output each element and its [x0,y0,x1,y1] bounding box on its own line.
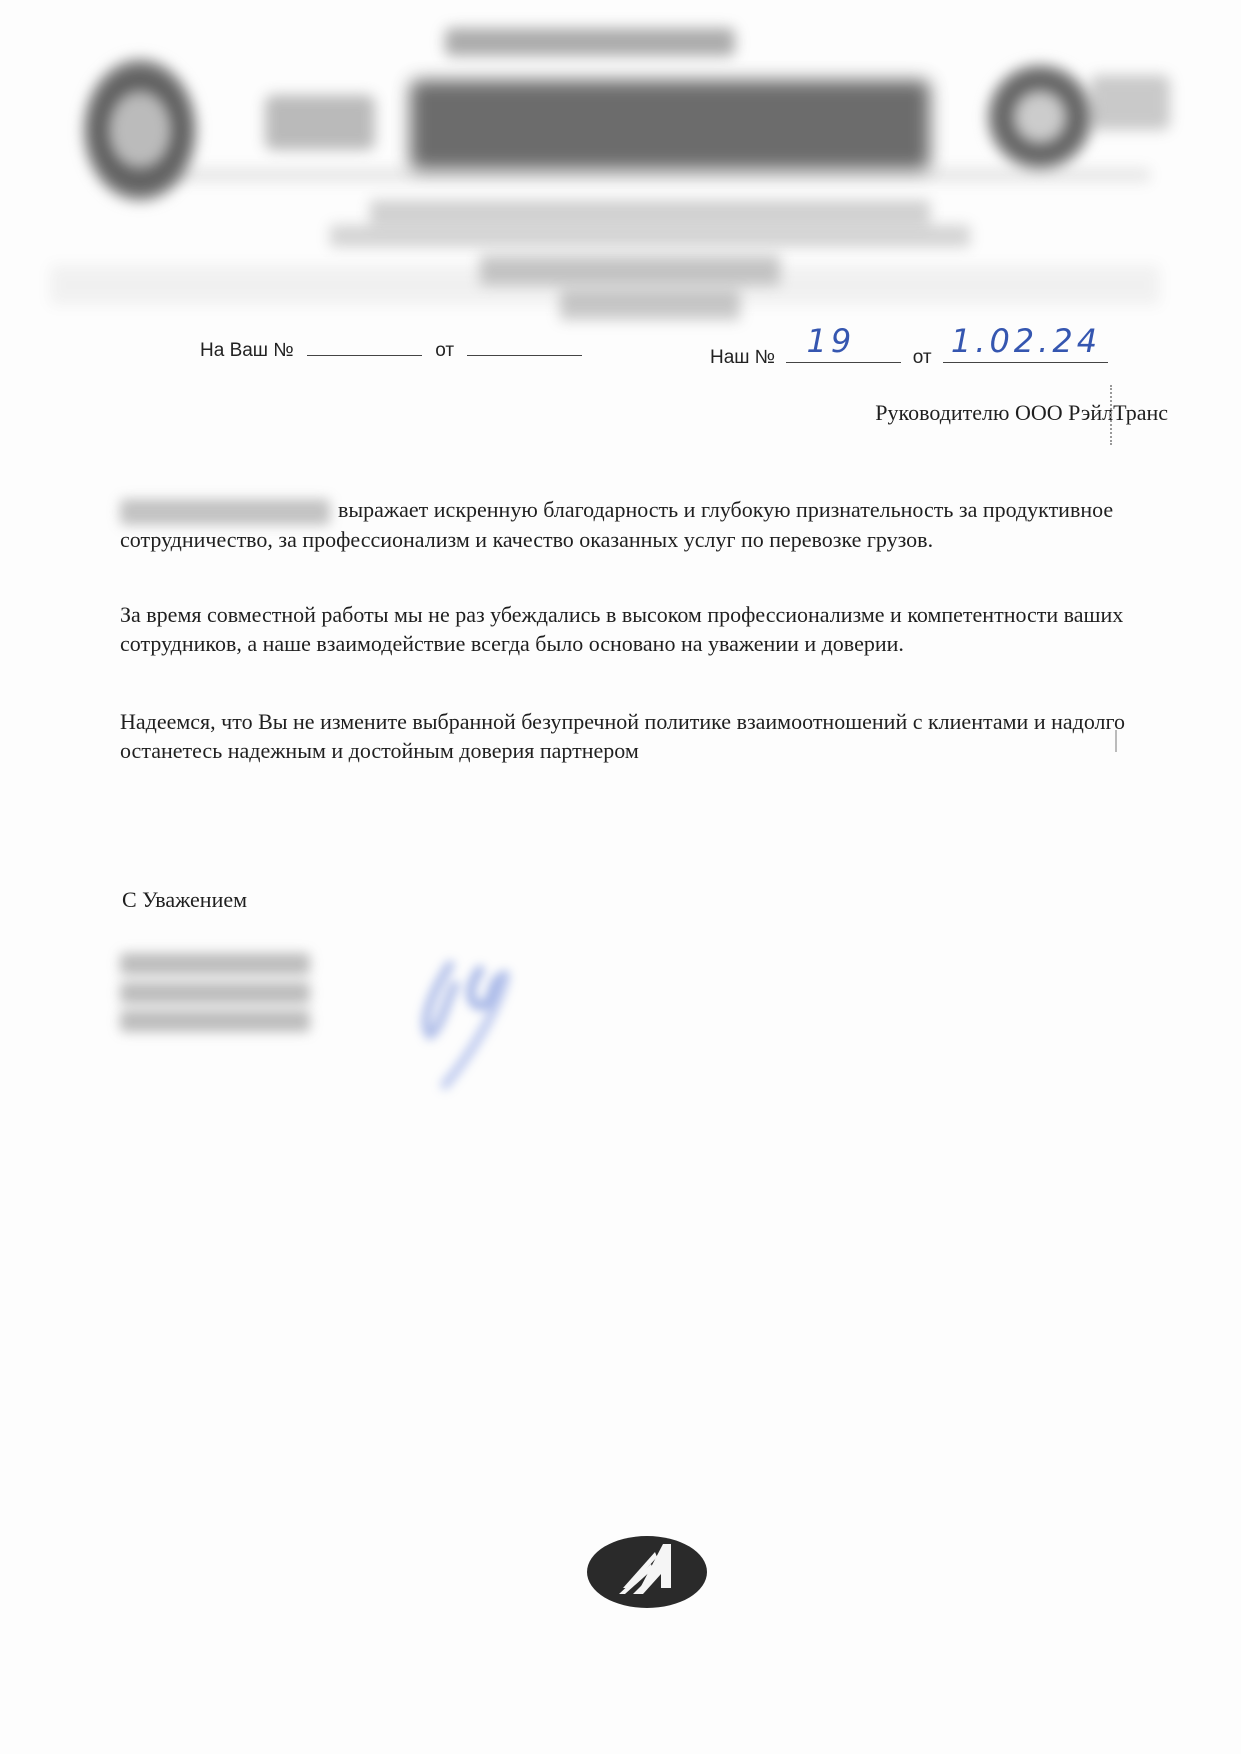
letterhead-tagline [445,28,735,56]
our-from-field: 1.02.24 [943,340,1108,363]
letterhead-ooo-right [1090,75,1170,130]
our-reference: Наш № 19 от 1.02.24 [710,340,1108,369]
paragraph-2: За время совместной работы мы не раз убе… [120,600,1130,658]
closing: С Уважением [122,885,247,914]
letterhead-rule [110,168,1150,182]
emblem-left-icon [80,55,200,205]
letterhead-contacts-2 [560,290,740,320]
letterhead-contacts-1 [480,255,780,285]
company-logo-icon [585,1532,709,1612]
signatory-line-1 [120,953,310,975]
our-no-field: 19 [786,340,901,363]
your-from-field [467,355,582,356]
signatory-line-2 [120,982,310,1004]
signatory-line-3 [120,1010,310,1032]
letterhead-address-2 [330,225,970,247]
your-no-label: На Ваш № [200,340,294,361]
paragraph-3: Надеемся, что Вы не измените выбранной б… [120,707,1130,765]
our-no-label: Наш № [710,347,775,368]
our-no-value: 19 [806,322,855,360]
our-from-label: от [913,347,932,368]
your-reference: На Ваш № от [200,340,582,362]
scan-artifact [1115,730,1117,752]
letterhead-ooo [265,95,375,150]
addressee: Руководителю ООО РэйлТранс [875,398,1168,427]
paragraph-1: выражает искренную благодарность и глубо… [120,495,1130,554]
our-from-value: 1.02.24 [951,322,1101,360]
your-no-field [307,355,422,356]
emblem-right-icon [985,62,1095,172]
redacted-company-name [120,499,330,525]
letterhead-company-name [410,80,930,170]
your-from-label: от [435,340,454,361]
scan-artifact [1110,385,1114,445]
signature-icon [410,935,570,1095]
letterhead-address-1 [370,200,930,225]
